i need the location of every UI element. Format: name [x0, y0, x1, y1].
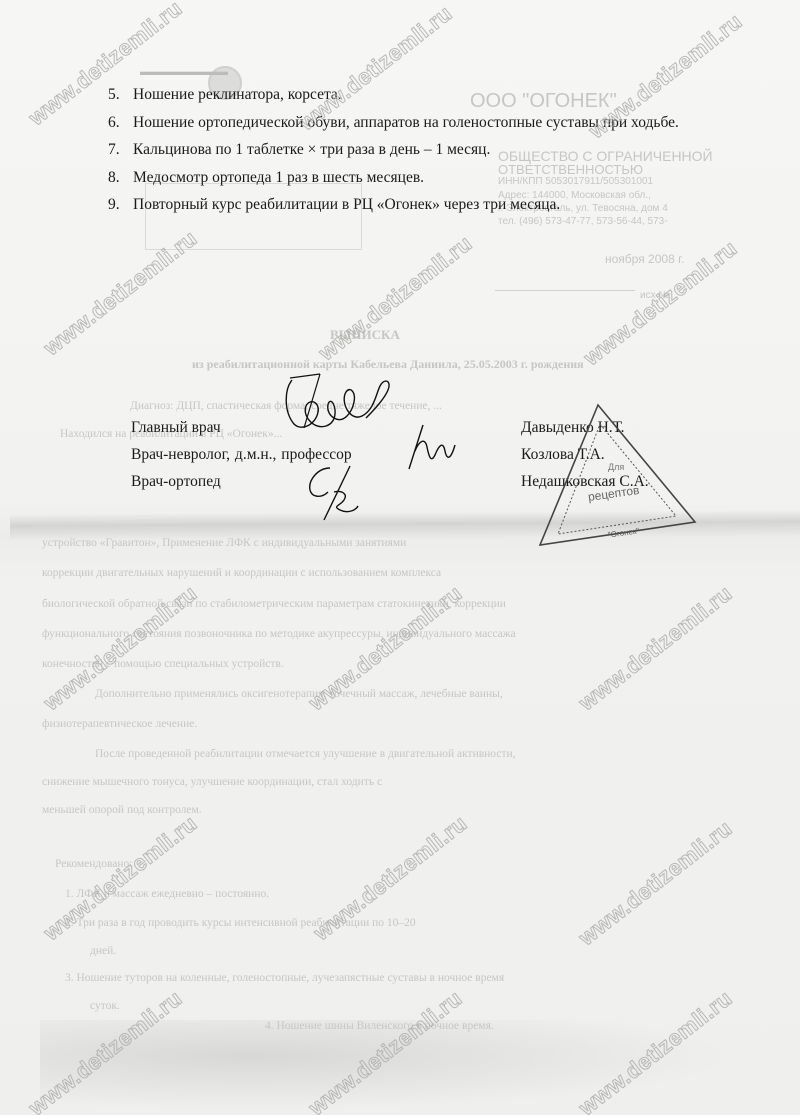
watermark: www.detizemli.ru — [574, 815, 737, 951]
ghost-body-line: коррекции двигательных нарушений и коорд… — [42, 567, 441, 579]
item-number: 6. — [108, 114, 133, 132]
ghost-recommendation: дней. — [90, 945, 116, 957]
ghost-subtitle: из реабилитационной карты Кабельева Дани… — [192, 357, 584, 372]
recommendation-item: 9.Повторный курс реабилитации в РЦ «Огон… — [108, 196, 560, 214]
watermark: www.detizemli.ru — [39, 225, 202, 361]
item-text: Повторный курс реабилитации в РЦ «Огонек… — [133, 196, 560, 213]
item-number: 5. — [108, 86, 133, 104]
ghost-recommendation: 4. Ношение шины Виленского в ночное врем… — [265, 1020, 494, 1032]
item-text: Кальцинова по 1 таблетке × три раза в де… — [133, 141, 490, 158]
signature-chief-doctor-icon — [280, 372, 400, 442]
item-number: 7. — [108, 141, 133, 159]
signatory-role: Главный врач — [131, 419, 221, 437]
recommendation-item: 8.Медосмотр ортопеда 1 раз в шесть месяц… — [108, 169, 424, 187]
ghost-body-line: После проведенной реабилитации отмечаетс… — [95, 748, 516, 760]
ghost-body-line: снижение мышечного тонуса, улучшение коо… — [42, 776, 382, 788]
ghost-header-line: тел. (496) 573-47-77, 573-56-44, 573- — [498, 216, 668, 227]
svg-text:рецептов: рецептов — [587, 483, 640, 504]
svg-text:"Огонек": "Огонек" — [607, 526, 640, 539]
ghost-recommendation: 2. Три раза в год проводить курсы интенс… — [65, 917, 416, 929]
triangle-stamp-icon: Для рецептов "Огонек" — [530, 400, 700, 550]
item-text: Ношение реклинатора, корсета. — [133, 86, 342, 103]
ghost-line — [495, 290, 635, 291]
watermark: www.detizemli.ru — [574, 580, 737, 716]
item-number: 8. — [108, 169, 133, 187]
signature-neurologist-icon — [405, 423, 465, 473]
recommendation-item: 5.Ношение реклинатора, корсета. — [108, 86, 342, 104]
ghost-header-line: ИНН/КПП 5053017911/505301001 — [498, 176, 653, 187]
ghost-body-line: физиотерапевтическое лечение. — [42, 718, 197, 730]
item-number: 9. — [108, 196, 133, 214]
ghost-recommendation: 3. Ношение туторов на коленные, голеност… — [65, 972, 504, 984]
document-page: ▬▬▬▬▬▬▬▬ ООО "ОГОНЕК" ОБЩЕСТВО С ОГРАНИЧ… — [0, 0, 800, 1115]
watermark: www.detizemli.ru — [314, 230, 477, 366]
ghost-recommendation: суток. — [90, 1000, 120, 1012]
ghost-body-line: устройство «Гравитон», Применение ЛФК с … — [42, 537, 406, 549]
svg-text:Для: Для — [608, 462, 624, 472]
ghost-body-line: Дополнительно применялись оксигенотерапи… — [95, 688, 503, 700]
signature-orthopedist-icon — [300, 462, 370, 522]
ghost-date: ноября 2008 г. — [605, 252, 684, 266]
ghost-logo-bar: ▬▬▬▬▬▬▬▬ — [140, 66, 228, 78]
ghost-body-line: меньшей опорой под контролем. — [42, 804, 202, 816]
ghost-company-name: ООО "ОГОНЕК" — [470, 90, 617, 113]
item-text: Медосмотр ортопеда 1 раз в шесть месяцев… — [133, 169, 424, 186]
signatory-role: Врач-ортопед — [131, 473, 221, 491]
ghost-header-line: ОТВЕТСТВЕННОСТЬЮ — [498, 162, 643, 177]
recommendation-item: 7.Кальцинова по 1 таблетке × три раза в … — [108, 141, 490, 159]
